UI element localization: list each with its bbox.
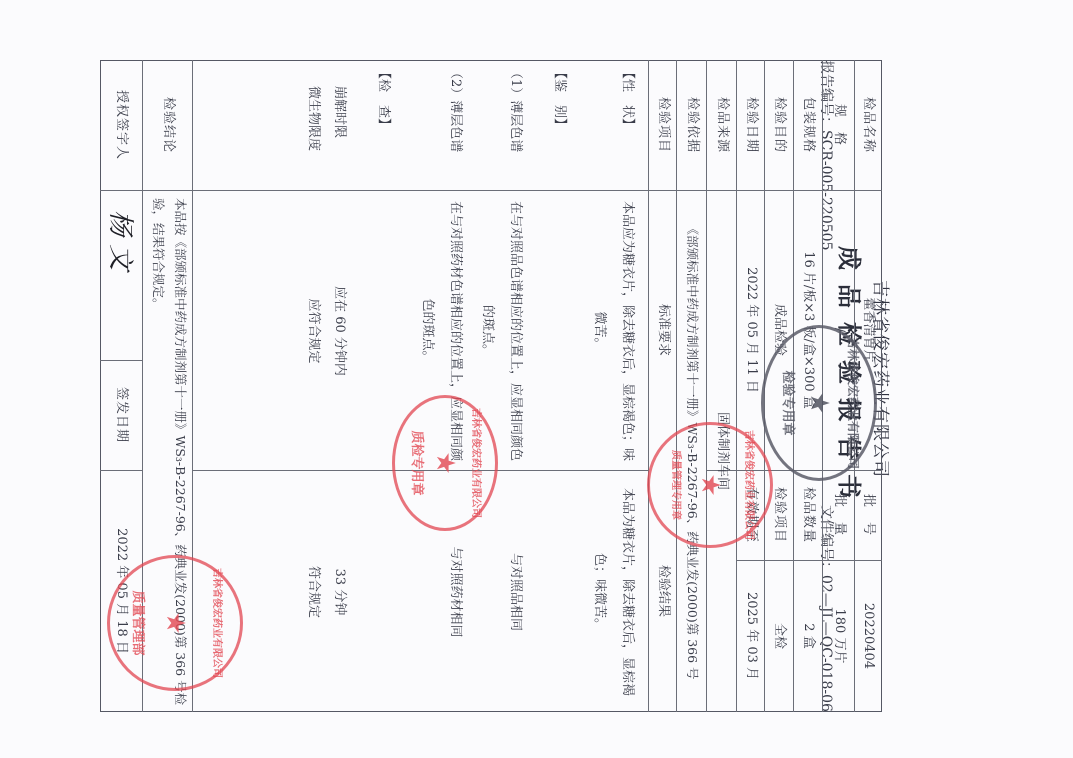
sample-qty-value: 2 盒 bbox=[794, 560, 823, 712]
batch-size-value: 180 万片 bbox=[823, 560, 855, 712]
date-value: 2022 年 05 月 11 日 bbox=[737, 190, 765, 470]
result-item-appearance: 【性 状】 bbox=[613, 66, 641, 190]
basis-label: 检验依据 bbox=[677, 60, 707, 190]
result-value-tlc-1: 与对照品相同 bbox=[501, 476, 529, 708]
source-label: 检品来源 bbox=[707, 60, 737, 190]
items-label: 检验项目 bbox=[765, 470, 794, 560]
batch-no-value: 20220404 bbox=[855, 560, 882, 712]
product-name-label: 检品名称 bbox=[855, 60, 882, 190]
issue-date-label: 签发日期 bbox=[100, 360, 143, 470]
result-item-identification: 【鉴 别】 bbox=[545, 66, 573, 190]
sample-qty-label: 检品数量 bbox=[794, 470, 823, 560]
results-header-item: 检验项目 bbox=[649, 60, 677, 190]
spec-label: 规 格 bbox=[823, 60, 855, 190]
result-item-tlc-2: （2）薄层色谱 bbox=[441, 66, 469, 190]
result-value-disintegration: 33 分钟 bbox=[325, 476, 353, 708]
expiry-value: 2025 年 03 月 bbox=[737, 560, 765, 712]
result-standard-tlc-1: 在与对照品色谱相应的位置上，应显相同颜色的斑点。 bbox=[473, 196, 529, 466]
items-value: 全检 bbox=[765, 560, 794, 712]
result-standard-appearance: 本品应为糖衣片，除去糖衣后，显棕褐色；味微苦。 bbox=[585, 196, 641, 466]
purpose-label: 检验目的 bbox=[765, 60, 794, 190]
package-label: 包装规格 bbox=[794, 60, 823, 190]
result-item-microbial: 微生物限度 bbox=[299, 86, 327, 190]
result-standard-tlc-2: 在与对照药材色谱相应的位置上，应显相同颜色的斑点。 bbox=[413, 196, 469, 466]
result-value-tlc-2: 与对照药材相同 bbox=[441, 476, 469, 708]
issue-date-value: 2022 年 05 月 18 日 bbox=[100, 470, 143, 712]
package-value: 16 片/板×3 板/盒×300 盒 bbox=[794, 190, 823, 470]
date-label: 检验日期 bbox=[737, 60, 765, 190]
results-header-result: 检验结果 bbox=[649, 470, 677, 712]
product-name-value: 藿香清胃片 bbox=[855, 190, 882, 470]
conclusion-label: 检验结论 bbox=[143, 60, 193, 190]
result-item-checks: 【检 查】 bbox=[369, 66, 397, 190]
result-item-disintegration: 崩解时限 bbox=[325, 86, 353, 190]
source-value: 固体制剂车间 bbox=[707, 190, 737, 712]
result-standard-disintegration: 应在 60 分钟内 bbox=[325, 196, 353, 466]
basis-value: 《部颁标准中药成方制剂第十一册》WS₃-B-2267-96、药典业发(2000)… bbox=[677, 190, 707, 712]
result-item-tlc-1: （1）薄层色谱 bbox=[501, 66, 529, 190]
batch-size-label: 批 量 bbox=[823, 470, 855, 560]
spec-value: / bbox=[823, 190, 855, 470]
result-value-microbial: 符合规定 bbox=[299, 476, 327, 708]
conclusion-text: 本品按《部颁标准中药成方制剂第十一册》WS₃-B-2267-96、药典业发(20… bbox=[147, 198, 191, 708]
expiry-label: 有效期至 bbox=[737, 470, 765, 560]
result-standard-microbial: 应符合规定 bbox=[299, 196, 327, 466]
purpose-value: 成品检验 bbox=[765, 190, 794, 470]
inspection-report-page: 吉林省俊宏药业有限公司 成品检验报告书 报告编号：SCR-005-220505 … bbox=[0, 0, 1073, 758]
signer-label: 授权签字人 bbox=[100, 60, 143, 190]
authorized-signature: 杨 文 bbox=[104, 210, 141, 270]
batch-no-label: 批 号 bbox=[855, 470, 882, 560]
results-header-standard: 标准要求 bbox=[649, 190, 677, 470]
result-value-appearance: 本品为糖衣片，除去糖衣后，显棕褐色；味微苦。 bbox=[585, 476, 641, 708]
